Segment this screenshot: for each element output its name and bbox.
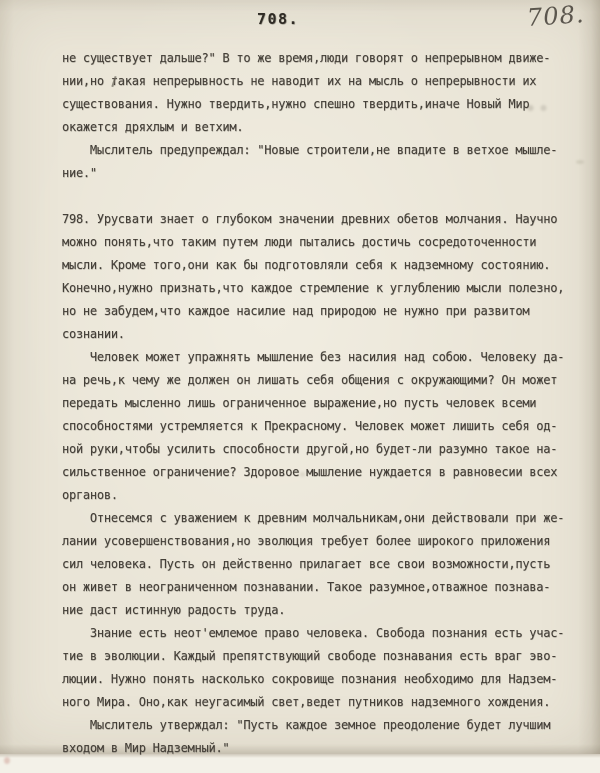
paper-blemish (300, 472, 305, 477)
text-line: сознании. (62, 323, 577, 346)
text-line: Мыслитель предупреждал: "Новые строители… (62, 139, 577, 162)
text-line: сильственное ограничение? Здоровое мышле… (62, 461, 577, 484)
text-line: он живет в неограниченном познавании. Та… (62, 576, 577, 599)
text-line: нии,но такая непрерывность не наводит их… (62, 70, 577, 93)
document-text: не существует дальше?" В то же время,люд… (62, 47, 577, 760)
text-line: но не забудем,что каждое насилие над при… (62, 300, 577, 323)
paper-blemish (576, 160, 584, 164)
text-line: ние даст истинную радость труда. (62, 599, 577, 622)
text-line: Знание есть неот'емлемое право человека.… (62, 622, 577, 645)
text-line: мысли. Кроме того,они как бы подготовлял… (62, 254, 577, 277)
text-line: передать мысленно лишь ограниченное выра… (62, 392, 577, 415)
text-line: Отнесемся с уважением к древним молчальн… (62, 507, 577, 530)
text-line: ние." (62, 162, 577, 185)
handwritten-page-number: 708. (526, 0, 585, 32)
paper-blemish (4, 757, 10, 764)
text-line: Мыслитель утверждал: "Пусть каждое земно… (62, 714, 577, 737)
text-line: существования. Нужно твердить,нужно спеш… (62, 93, 577, 116)
text-line: 798. Урусвати знает о глубоком значении … (62, 208, 577, 231)
text-line: Конечно,нужно признать,что каждое стремл… (62, 277, 577, 300)
scanned-document-page: 708. 708. не существует дальше?" В то же… (0, 0, 600, 773)
text-line (62, 185, 577, 208)
text-line: лании усовершенствования,но эволюция тре… (62, 530, 577, 553)
text-line: способностями устремляется к Прекрасному… (62, 415, 577, 438)
text-line: можно понять,что таким путем люди пытали… (62, 231, 577, 254)
text-line: ного Мира. Оно,как неугасимый свет,ведет… (62, 691, 577, 714)
text-line: Человек может упражнять мышление без нас… (62, 346, 577, 369)
text-line: входом в Мир Надземный." (62, 737, 577, 760)
text-line: люции. Нужно понять насколько сокровище … (62, 668, 577, 691)
text-line: тие в эволюции. Каждый препятствующий св… (62, 645, 577, 668)
text-line: не существует дальше?" В то же время,люд… (62, 47, 577, 70)
text-line: сил человека. Пусть он действенно прилаг… (62, 553, 577, 576)
text-line: ной руки,чтобы усилить способности друго… (62, 438, 577, 461)
erased-typing-smudge (524, 103, 550, 113)
text-line: окажется дряхлым и ветхим. (62, 116, 577, 139)
text-line: органов. (62, 484, 577, 507)
typed-page-number: 708. (0, 10, 556, 28)
text-line: на речь,к чему же должен он лишать себя … (62, 369, 577, 392)
